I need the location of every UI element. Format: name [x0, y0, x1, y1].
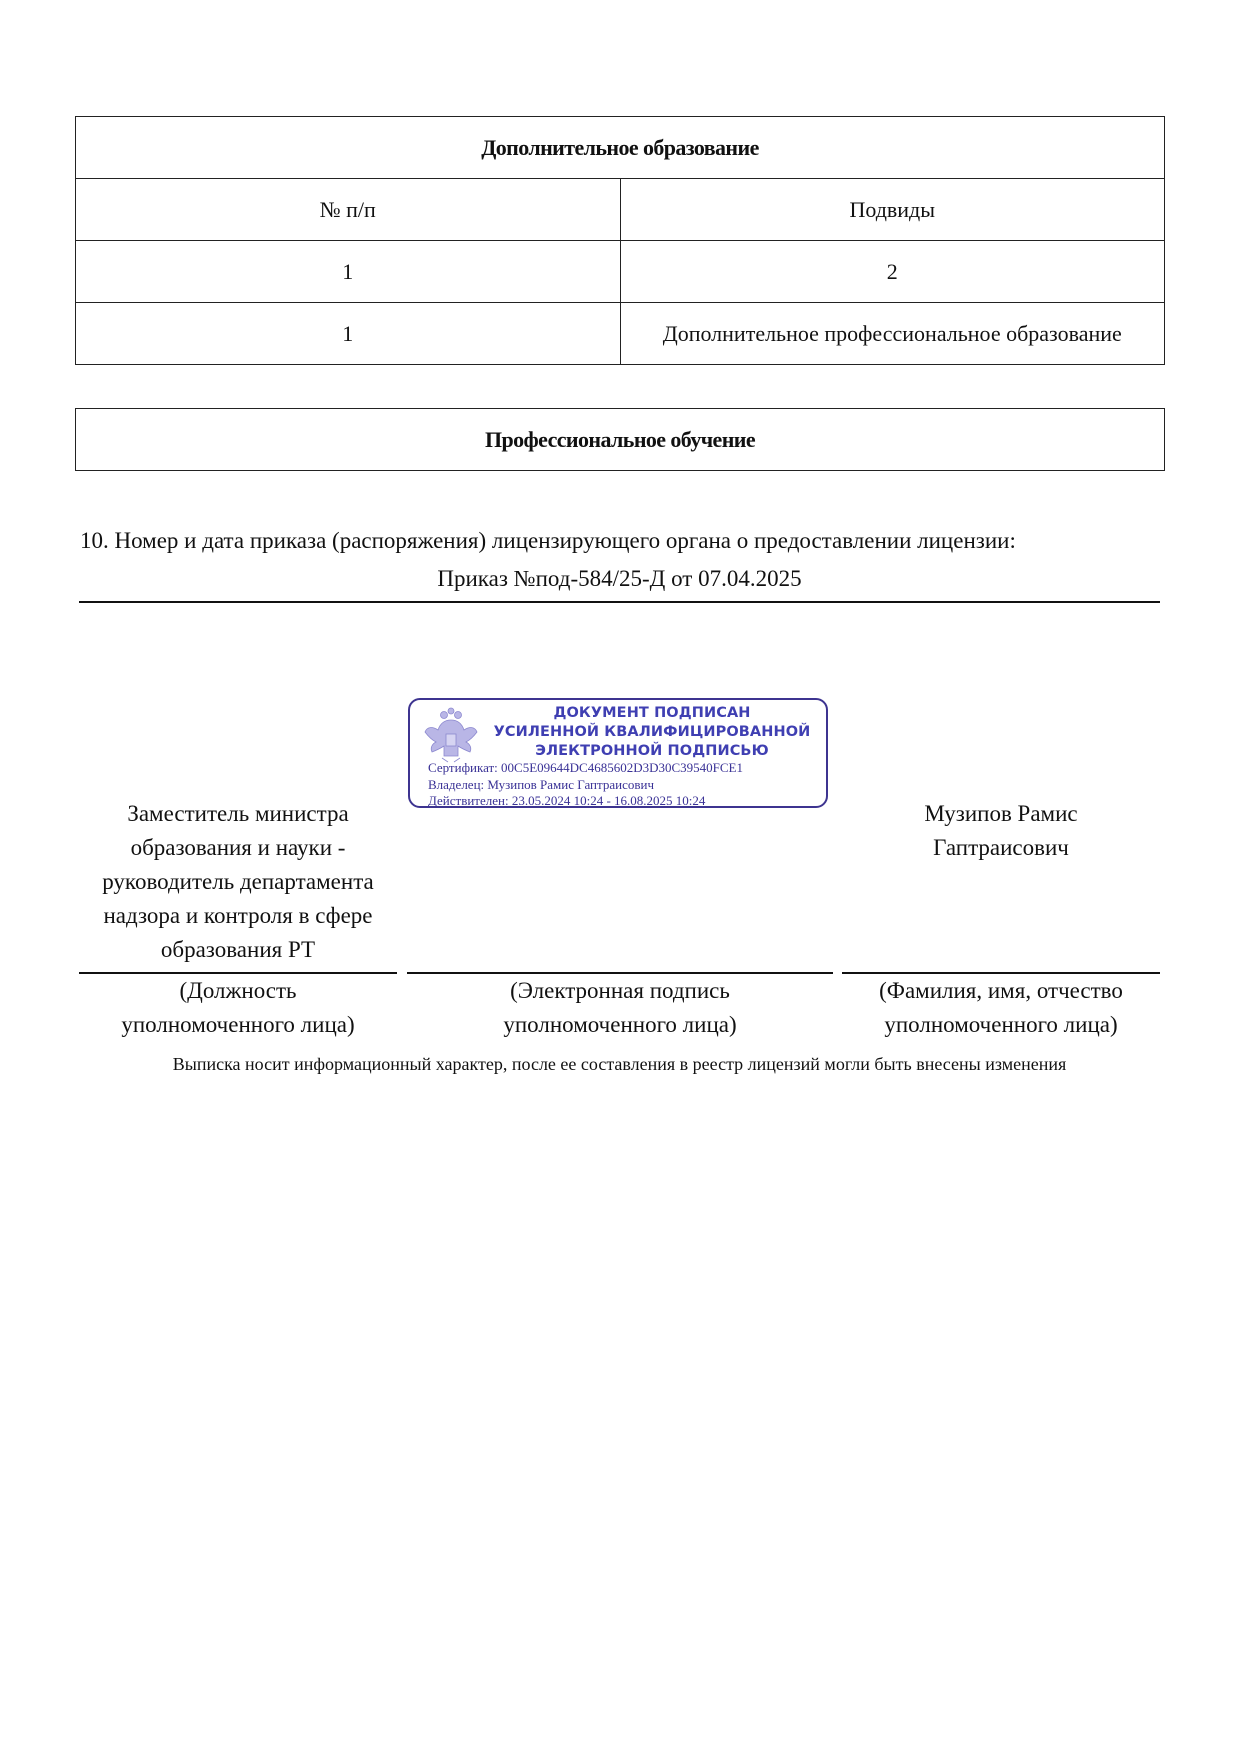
professional-training-table: Профессиональное обучение [75, 408, 1165, 471]
stamp-title-line: ЭЛЕКТРОННОЙ ПОДПИСЬЮ [480, 742, 824, 761]
name-line: Музипов Рамис [842, 797, 1160, 831]
stamp-details: Сертификат: 00C5E09644DC4685602D3D30C395… [428, 760, 743, 810]
stamp-title-line: УСИЛЕННОЙ КВАЛИФИЦИРОВАННОЙ [480, 723, 824, 742]
stamp-title-line: ДОКУМЕНТ ПОДПИСАН [480, 704, 824, 723]
caption-e-signature: (Электронная подпись уполномоченного лиц… [407, 974, 833, 1042]
position-line: руководитель департамента [79, 865, 397, 899]
additional-education-table: Дополнительное образование № п/п Подвиды… [75, 116, 1165, 365]
table-header-row: № п/п Подвиды [76, 179, 1165, 241]
caption-line: (Должность [79, 974, 397, 1008]
order-number: Приказ №под-584/25-Д от 07.04.2025 [79, 566, 1160, 592]
electronic-signature-stamp: ДОКУМЕНТ ПОДПИСАН УСИЛЕННОЙ КВАЛИФИЦИРОВ… [408, 698, 828, 808]
cell-subtype: Дополнительное профессиональное образова… [620, 303, 1165, 365]
column-header-number: № п/п [76, 179, 621, 241]
column-header-subtypes: Подвиды [620, 179, 1165, 241]
table-row: 1 2 [76, 241, 1165, 303]
stamp-owner: Владелец: Музипов Рамис Гаптраисович [428, 777, 743, 794]
table-title: Дополнительное образование [76, 117, 1165, 179]
position-line: образования и науки - [79, 831, 397, 865]
caption-line: уполномоченного лица) [407, 1008, 833, 1042]
caption-line: (Электронная подпись [407, 974, 833, 1008]
cell-number: 1 [76, 303, 621, 365]
order-underline [79, 601, 1160, 603]
table-title: Профессиональное обучение [485, 427, 755, 453]
position-line: надзора и контроля в сфере [79, 899, 397, 933]
name-line: Гаптраисович [842, 831, 1160, 865]
position-line: образования РТ [79, 933, 397, 967]
signer-position: Заместитель министра образования и науки… [79, 797, 397, 967]
position-line: Заместитель министра [79, 797, 397, 831]
section-10-label: 10. Номер и дата приказа (распоряжения) … [80, 528, 1016, 554]
stamp-certificate: Сертификат: 00C5E09644DC4685602D3D30C395… [428, 760, 743, 777]
caption-line: (Фамилия, имя, отчество [842, 974, 1160, 1008]
signer-name: Музипов Рамис Гаптраисович [842, 797, 1160, 865]
caption-line: уполномоченного лица) [842, 1008, 1160, 1042]
table-title-row: Дополнительное образование [76, 117, 1165, 179]
stamp-title: ДОКУМЕНТ ПОДПИСАН УСИЛЕННОЙ КВАЛИФИЦИРОВ… [480, 704, 824, 761]
russian-coat-of-arms-icon [422, 706, 480, 764]
cell-subtype: 2 [620, 241, 1165, 303]
cell-number: 1 [76, 241, 621, 303]
caption-name: (Фамилия, имя, отчество уполномоченного … [842, 974, 1160, 1042]
stamp-validity: Действителен: 23.05.2024 10:24 - 16.08.2… [428, 793, 743, 810]
caption-line: уполномоченного лица) [79, 1008, 397, 1042]
caption-position: (Должность уполномоченного лица) [79, 974, 397, 1042]
footer-disclaimer: Выписка носит информационный характер, п… [79, 1054, 1160, 1075]
table-row: 1 Дополнительное профессиональное образо… [76, 303, 1165, 365]
